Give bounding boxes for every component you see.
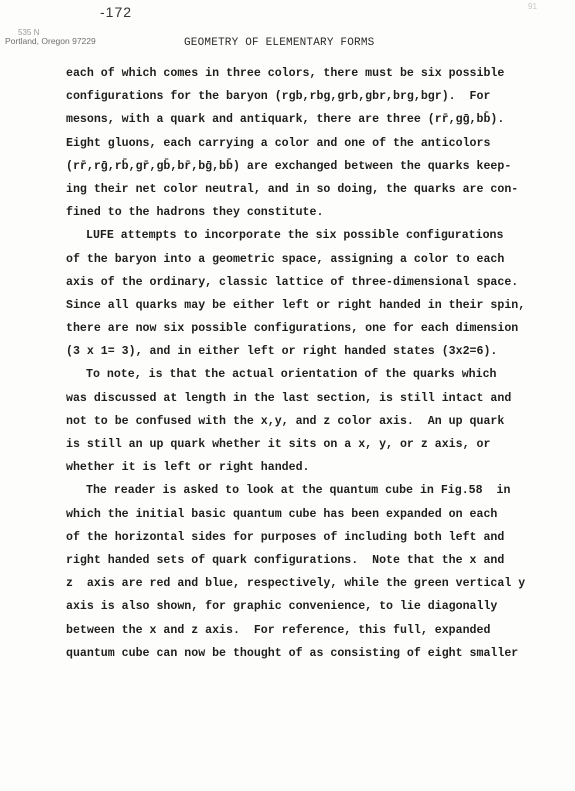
text-line: z axis are red and blue, respectively, w… xyxy=(66,572,566,595)
text-line: To note, is that the actual orientation … xyxy=(66,363,566,386)
text-line: ing their net color neutral, and in so d… xyxy=(66,178,566,201)
text-line: (3 x 1= 3), and in either left or right … xyxy=(66,340,566,363)
text-line: The reader is asked to look at the quant… xyxy=(66,479,566,502)
text-line: configurations for the baryon (rgb,rbg,g… xyxy=(66,85,566,108)
page-title: GEOMETRY OF ELEMENTARY FORMS xyxy=(184,37,374,49)
text-line: right handed sets of quark configuration… xyxy=(66,549,566,572)
stamp-line-2: Portland, Oregon 97229 xyxy=(5,36,96,46)
text-line: of the horizontal sides for purposes of … xyxy=(66,526,566,549)
page-marker: -172 xyxy=(100,4,132,20)
text-line: (rr̄,rḡ,rb̄,gr̄,gb̄,br̄,bḡ,bb̄) are ex… xyxy=(66,155,566,178)
text-line: Eight gluons, each carrying a color and … xyxy=(66,132,566,155)
corner-mark: 91 xyxy=(528,2,537,11)
text-line: there are now six possible configuration… xyxy=(66,317,566,340)
text-line: of the baryon into a geometric space, as… xyxy=(66,248,566,271)
text-line: axis of the ordinary, classic lattice of… xyxy=(66,271,566,294)
text-line: axis is also shown, for graphic convenie… xyxy=(66,595,566,618)
text-line: between the x and z axis. For reference,… xyxy=(66,619,566,642)
text-line: which the initial basic quantum cube has… xyxy=(66,503,566,526)
text-line: LUFE attempts to incorporate the six pos… xyxy=(66,224,566,247)
text-line: whether it is left or right handed. xyxy=(66,456,566,479)
text-line: is still an up quark whether it sits on … xyxy=(66,433,566,456)
text-line: not to be confused with the x,y, and z c… xyxy=(66,410,566,433)
text-line: each of which comes in three colors, the… xyxy=(66,62,566,85)
body-text: each of which comes in three colors, the… xyxy=(66,62,566,665)
text-line: Since all quarks may be either left or r… xyxy=(66,294,566,317)
text-line: fined to the hadrons they constitute. xyxy=(66,201,566,224)
text-line: quantum cube can now be thought of as co… xyxy=(66,642,566,665)
text-line: mesons, with a quark and antiquark, ther… xyxy=(66,108,566,131)
text-line: was discussed at length in the last sect… xyxy=(66,387,566,410)
